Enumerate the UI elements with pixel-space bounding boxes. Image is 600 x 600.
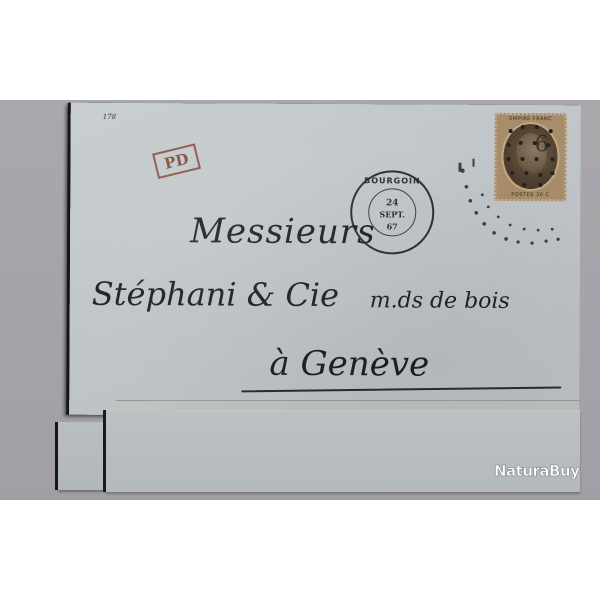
postmark-inner-ring (368, 188, 416, 236)
postmark-month: SEPT. (352, 209, 432, 219)
photo: 178 PD EMPIRE FRANC (0, 100, 600, 500)
postage-stamp: EMPIRE FRANC 6 POSTES 30 C (494, 113, 566, 201)
address-line-2: Stéphani & Cie (92, 275, 339, 314)
address-line-2-suffix: m.ds de bois (370, 288, 510, 314)
postmark-day: 24 (352, 198, 432, 208)
pd-mark: PD (152, 143, 201, 179)
fold-crease (116, 400, 580, 405)
postmark: BOURGOIN 24 SEPT. 67 (350, 170, 434, 254)
watermark-logo: NaturaBuy (494, 462, 579, 480)
stamp-bottom-text: POSTES 30 C (496, 192, 564, 198)
svg-text:6: 6 (535, 132, 549, 157)
stamp-top-text: EMPIRE FRANC (497, 116, 565, 122)
letter-sheet: 178 PD EMPIRE FRANC (69, 103, 581, 418)
postmark-town: BOURGOIN (352, 176, 432, 185)
address-line-3: à Genève (269, 344, 429, 385)
folio-note: 178 (103, 113, 116, 121)
postmark-year: 67 (352, 221, 432, 231)
address-underline (241, 386, 561, 392)
dotted-cancel (450, 145, 571, 256)
portrait-icon (516, 133, 546, 173)
stamp-portrait-frame (503, 124, 557, 189)
address-line-1: Messieurs (190, 211, 376, 252)
folded-flap-left (58, 422, 108, 490)
stamp-cancel-dots: 6 (500, 121, 562, 193)
